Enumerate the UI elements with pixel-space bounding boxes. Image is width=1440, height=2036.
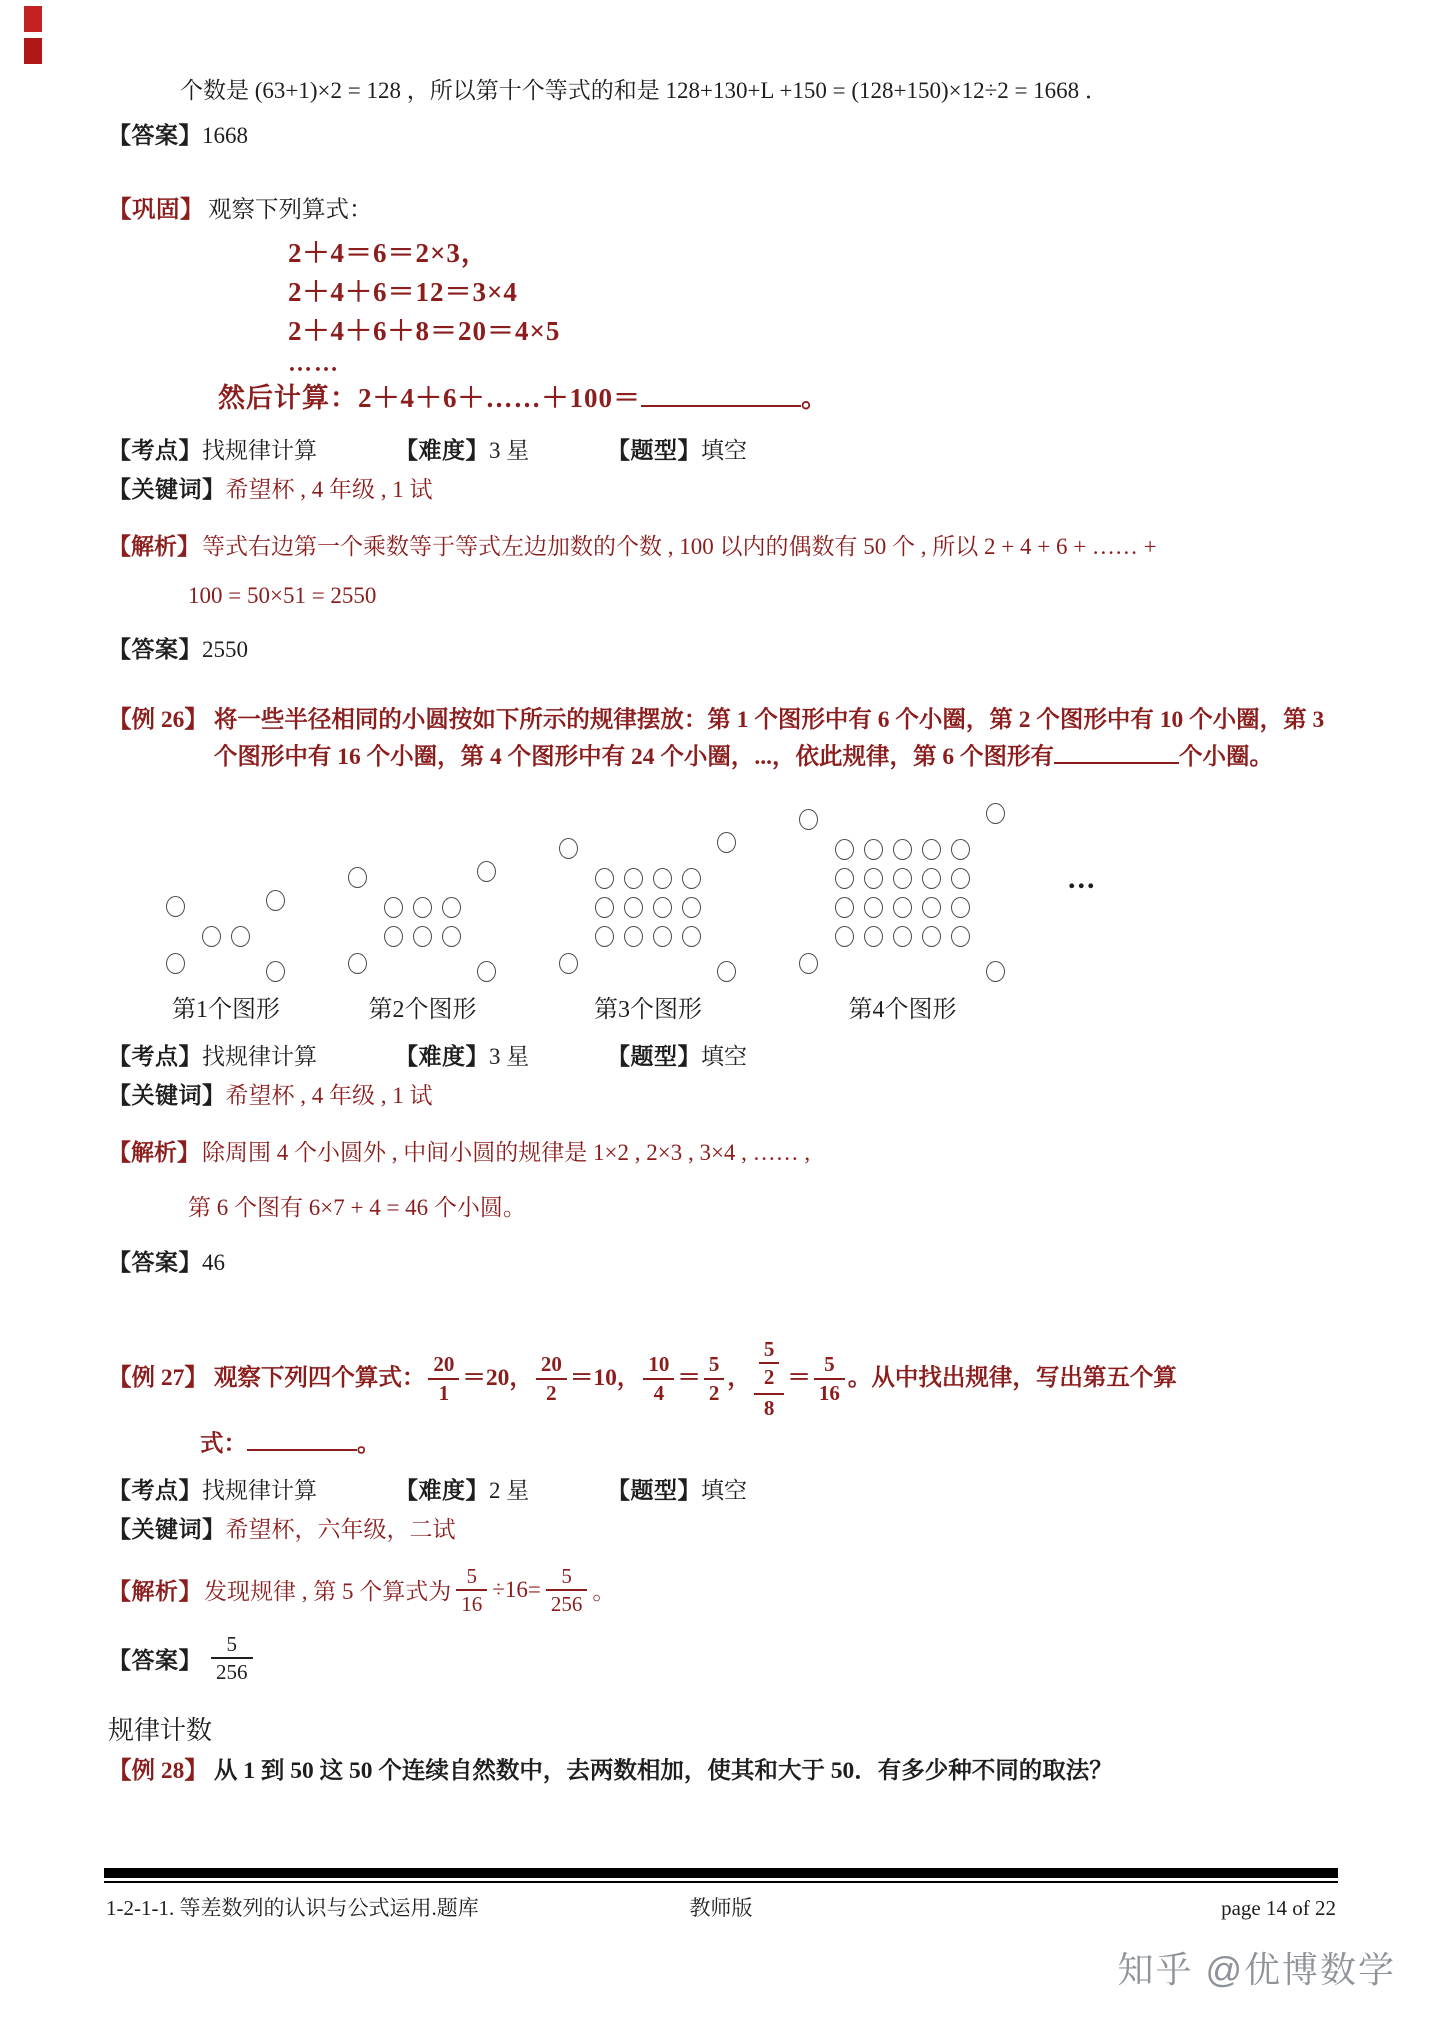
analysis-row: 【解析】 等式右边第一个乘数等于等式左边加数的个数 , 100 以内的偶数有 5… — [108, 528, 1340, 561]
small-circle — [864, 839, 883, 860]
answer-label: 【答案】 — [108, 123, 202, 148]
analysis-text: 发现规律 , 第 5 个算式为 — [204, 1573, 451, 1606]
fraction-numerator: 5 — [814, 1352, 845, 1379]
nandu-value: 3 星 — [489, 1044, 529, 1069]
small-circle — [624, 897, 643, 918]
small-circle — [799, 809, 818, 830]
small-circle — [893, 926, 912, 947]
small-circle — [595, 897, 614, 918]
period: 。 — [592, 1573, 615, 1606]
small-circle — [348, 867, 367, 888]
small-circle — [835, 897, 854, 918]
analysis-text: 等式右边第一个乘数等于等式左边加数的个数 , 100 以内的偶数有 50 个 ,… — [202, 528, 1157, 561]
tixing-label: 【题型】 — [607, 1478, 701, 1503]
example-27-text: 观察下列四个算式：201＝20，202＝10，104＝52，528＝516。从中… — [214, 1337, 1340, 1419]
tixing-label: 【题型】 — [607, 438, 701, 463]
meta-tixing: 【题型】填空 — [607, 1038, 747, 1071]
small-circle — [442, 897, 461, 918]
meta-tixing: 【题型】填空 — [607, 432, 747, 465]
fraction-5-16: 516 — [456, 1564, 487, 1616]
nandu-value: 2 星 — [489, 1478, 529, 1503]
fraction-denominator: 2 — [536, 1380, 567, 1405]
small-circle — [653, 897, 672, 918]
small-circle — [986, 961, 1005, 982]
small-circle — [922, 897, 941, 918]
analysis-label: 【解析】 — [108, 528, 200, 561]
nandu-label: 【难度】 — [395, 1044, 489, 1069]
small-circle — [231, 926, 250, 947]
small-circle — [348, 953, 367, 974]
meta-kaodian: 【考点】找规律计算 — [108, 1038, 395, 1071]
keywords-row: 【关键词】希望杯，六年级，二试 — [108, 1511, 1340, 1544]
kaodian-value: 找规律计算 — [202, 1478, 317, 1503]
fraction-denominator: 256 — [546, 1591, 588, 1616]
complex-fraction: 528 — [754, 1337, 785, 1419]
small-circle — [559, 838, 578, 859]
keywords-row: 【关键词】希望杯 , 4 年级 , 1 试 — [108, 1077, 1340, 1110]
fraction-numerator: 5 — [759, 1337, 780, 1364]
small-circle — [922, 839, 941, 860]
circle-figure-3: 第3个图形 — [559, 832, 737, 1024]
line2-prefix: 式： — [200, 1431, 247, 1457]
example-27-line2: 式：。 — [200, 1424, 1340, 1458]
fraction-5-2-inner: 52 — [759, 1337, 780, 1389]
small-circle — [893, 839, 912, 860]
equation-line: 2＋4＋6＝12＝3×4 — [288, 273, 1340, 312]
example-26-text-start: 将一些半径相同的小圆按如下所示的规律摆放：第 1 个图形中有 6 个小圈，第 2… — [214, 707, 1324, 769]
answer-row-2550: 【答案】2550 — [108, 631, 1340, 664]
answer-blank — [1054, 762, 1179, 764]
circle-figure-canvas — [166, 890, 286, 981]
small-circle — [799, 953, 818, 974]
example-27: 【例 27】 观察下列四个算式：201＝20，202＝10，104＝52，528… — [108, 1311, 1340, 1419]
meta-tixing: 【题型】填空 — [607, 1472, 747, 1505]
small-circle — [835, 926, 854, 947]
watermark: 知乎 @优博数学 — [1117, 1942, 1396, 1993]
equals-sign: ＝ — [787, 1365, 811, 1391]
example-27-intro: 观察下列四个算式： — [214, 1365, 426, 1391]
small-circle — [951, 839, 970, 860]
meta-nandu: 【难度】3 星 — [395, 1038, 607, 1071]
fraction-numerator: 20 — [428, 1352, 459, 1379]
section-heading: 规律计数 — [108, 1710, 1340, 1747]
meta-row: 【考点】找规律计算 【难度】2 星 【题型】填空 — [108, 1472, 1340, 1505]
answer-row-46: 【答案】46 — [108, 1244, 1340, 1277]
equals-result: ＝10， — [570, 1365, 641, 1391]
keywords-label: 【关键词】 — [108, 477, 226, 502]
example-27-label: 【例 27】 — [108, 1360, 208, 1396]
keywords-label: 【关键词】 — [108, 1517, 226, 1542]
analysis-text: 除周围 4 个小圆外 , 中间小圆的规律是 1×2 , 2×3 , 3×4 , … — [202, 1134, 810, 1167]
analysis-label: 【解析】 — [108, 1134, 200, 1167]
small-circle — [266, 890, 285, 911]
example-28: 【例 28】 从 1 到 50 这 50 个连续自然数中，去两数相加，使其和大于… — [108, 1753, 1340, 1789]
fraction-denominator: 16 — [456, 1591, 487, 1616]
small-circle — [442, 926, 461, 947]
calc-suffix: 。 — [801, 383, 829, 413]
meta-row: 【考点】找规律计算 【难度】3 星 【题型】填空 — [108, 432, 1340, 465]
divide-equals: ÷16= — [492, 1577, 541, 1603]
example-26-text-end: 个小圈。 — [1179, 744, 1273, 770]
circle-figure-canvas — [348, 861, 497, 981]
small-circle — [595, 868, 614, 889]
equation-line: 2＋4＋6＋8＝20＝4×5 — [288, 312, 1340, 351]
figure-label: 第4个图形 — [849, 989, 957, 1024]
circle-figures-row: 第1个图形 第2个图形 第3个图形 第4个图形 ... — [166, 803, 1340, 1024]
meta-row: 【考点】找规律计算 【难度】3 星 【题型】填空 — [108, 1038, 1340, 1071]
analysis-continuation: 100 = 50×51 = 2550 — [188, 583, 1340, 609]
keywords-value: 希望杯 , 4 年级 , 1 试 — [226, 477, 433, 502]
equals-sign: ＝ — [677, 1365, 701, 1391]
footer-edition: 教师版 — [516, 1892, 926, 1922]
kaodian-value: 找规律计算 — [202, 438, 317, 463]
small-circle — [595, 926, 614, 947]
fraction-5-16: 516 — [814, 1352, 845, 1404]
small-circle — [922, 926, 941, 947]
small-circle — [893, 897, 912, 918]
fraction-denominator: 2 — [704, 1380, 725, 1405]
example-26: 【例 26】 将一些半径相同的小圆按如下所示的规律摆放：第 1 个图形中有 6 … — [108, 702, 1340, 775]
fraction-5-256: 5256 — [546, 1564, 588, 1616]
nandu-label: 【难度】 — [395, 1478, 489, 1503]
footer-rule — [104, 1868, 1338, 1883]
small-circle — [835, 868, 854, 889]
small-circle — [893, 868, 912, 889]
fraction-20-1: 201 — [428, 1352, 459, 1404]
figure-label: 第2个图形 — [369, 989, 477, 1024]
fraction-numerator: 5 — [704, 1352, 725, 1379]
calc-line: 然后计算：2＋4＋6＋……＋100＝。 — [218, 379, 1340, 418]
circle-figure-1: 第1个图形 — [166, 890, 286, 1024]
answer-label: 【答案】 — [108, 1642, 202, 1675]
tixing-value: 填空 — [701, 1044, 747, 1069]
small-circle — [682, 897, 701, 918]
fraction-numerator: 5 — [211, 1632, 253, 1659]
tixing-value: 填空 — [701, 438, 747, 463]
small-circle — [864, 897, 883, 918]
solution-continuation-line: 个数是 (63+1)×2 = 128 ，所以第十个等式的和是 128+130+L… — [108, 74, 1340, 109]
meta-kaodian: 【考点】找规律计算 — [108, 432, 395, 465]
circle-figure-2: 第2个图形 — [348, 861, 497, 1024]
footer-document-title: 1-2-1-1. 等差数列的认识与公式运用.题库 — [106, 1892, 516, 1922]
kaodian-value: 找规律计算 — [202, 1044, 317, 1069]
small-circle — [864, 926, 883, 947]
analysis-continuation: 第 6 个图有 6×7 + 4 = 46 个小圆。 — [188, 1189, 1340, 1222]
analysis-label: 【解析】 — [108, 1573, 202, 1606]
calc-prefix: 然后计算：2＋4＋6＋……＋100＝ — [218, 383, 641, 413]
tixing-value: 填空 — [701, 1478, 747, 1503]
meta-nandu: 【难度】2 星 — [395, 1472, 607, 1505]
answer-blank — [247, 1449, 357, 1451]
answer-value: 1668 — [202, 123, 248, 148]
fraction-numerator: 5 — [456, 1564, 487, 1591]
answer-blank — [641, 405, 801, 407]
meta-nandu: 【难度】3 星 — [395, 432, 607, 465]
equation-list: 2＋4＝6＝2×3， 2＋4＋6＝12＝3×4 2＋4＋6＋8＝20＝4×5 …… — [288, 234, 1340, 378]
small-circle — [624, 926, 643, 947]
small-circle — [202, 926, 221, 947]
nandu-label: 【难度】 — [395, 438, 489, 463]
small-circle — [166, 896, 185, 917]
keywords-row: 【关键词】希望杯 , 4 年级 , 1 试 — [108, 471, 1340, 504]
keywords-value: 希望杯，六年级，二试 — [226, 1517, 456, 1542]
gonggu-header: 【巩固】 观察下列算式： — [108, 190, 1340, 224]
gonggu-label: 【巩固】 — [108, 190, 204, 224]
ellipsis-line: …… — [288, 351, 1340, 377]
small-circle — [166, 953, 185, 974]
small-circle — [922, 868, 941, 889]
figures-ellipsis: ... — [1068, 862, 1097, 896]
document-content: 个数是 (63+1)×2 = 128 ，所以第十个等式的和是 128+130+L… — [0, 0, 1440, 1790]
answer-label: 【答案】 — [108, 1250, 202, 1275]
example-27-tail: 。从中找出规律，写出第五个算 — [848, 1365, 1177, 1391]
small-circle — [384, 897, 403, 918]
fraction-denominator: 16 — [814, 1380, 845, 1405]
answer-row-1668: 【答案】1668 — [108, 117, 1340, 150]
small-circle — [477, 961, 496, 982]
small-circle — [653, 926, 672, 947]
nandu-value: 3 星 — [489, 438, 529, 463]
meta-kaodian: 【考点】找规律计算 — [108, 1472, 395, 1505]
footer: 1-2-1-1. 等差数列的认识与公式运用.题库 教师版 page 14 of … — [106, 1892, 1336, 1922]
circle-figure-canvas — [799, 803, 1006, 981]
red-corner-mark — [24, 6, 42, 32]
comma: ， — [727, 1365, 751, 1391]
equation-line: 2＋4＝6＝2×3， — [288, 234, 1340, 273]
answer-value: 2550 — [202, 637, 248, 662]
small-circle — [835, 839, 854, 860]
analysis-row: 【解析】 发现规律 , 第 5 个算式为 516 ÷16= 5256 。 — [108, 1564, 1340, 1616]
small-circle — [653, 868, 672, 889]
small-circle — [951, 897, 970, 918]
fraction-5-256: 5256 — [211, 1632, 253, 1684]
answer-row-fraction: 【答案】 5256 — [108, 1632, 1340, 1684]
small-circle — [682, 926, 701, 947]
small-circle — [986, 803, 1005, 824]
small-circle — [951, 926, 970, 947]
kaodian-label: 【考点】 — [108, 1044, 202, 1069]
small-circle — [384, 926, 403, 947]
tixing-label: 【题型】 — [607, 1044, 701, 1069]
example-26-text: 将一些半径相同的小圆按如下所示的规律摆放：第 1 个图形中有 6 个小圈，第 2… — [214, 702, 1340, 775]
small-circle — [413, 897, 432, 918]
circle-figure-4: 第4个图形 — [799, 803, 1006, 1024]
figure-label: 第1个图形 — [172, 989, 280, 1024]
fraction-denominator: 2 — [759, 1364, 780, 1389]
figure-label: 第3个图形 — [594, 989, 702, 1024]
keywords-value: 希望杯 , 4 年级 , 1 试 — [226, 1083, 433, 1108]
small-circle — [624, 868, 643, 889]
small-circle — [864, 868, 883, 889]
example-28-text: 从 1 到 50 这 50 个连续自然数中，去两数相加，使其和大于 50．有多少… — [214, 1753, 1340, 1789]
complex-fraction-denominator: 8 — [754, 1395, 785, 1420]
footer-page-number: page 14 of 22 — [926, 1896, 1336, 1921]
gonggu-intro: 观察下列算式： — [208, 190, 373, 224]
kaodian-label: 【考点】 — [108, 1478, 202, 1503]
fraction-20-2: 202 — [536, 1352, 567, 1404]
red-corner-mark — [24, 38, 42, 64]
small-circle — [559, 953, 578, 974]
equals-result: ＝20， — [462, 1365, 533, 1391]
kaodian-label: 【考点】 — [108, 438, 202, 463]
answer-value: 46 — [202, 1250, 225, 1275]
complex-fraction-numerator: 52 — [754, 1337, 785, 1394]
example-28-label: 【例 28】 — [108, 1753, 208, 1789]
small-circle — [717, 961, 736, 982]
fraction-10-4: 104 — [643, 1352, 674, 1404]
example-26-label: 【例 26】 — [108, 702, 208, 775]
fraction-numerator: 5 — [546, 1564, 588, 1591]
fraction-denominator: 256 — [211, 1659, 253, 1684]
document-page: 个数是 (63+1)×2 = 128 ，所以第十个等式的和是 128+130+L… — [0, 0, 1440, 2036]
analysis-row: 【解析】 除周围 4 个小圆外 , 中间小圆的规律是 1×2 , 2×3 , 3… — [108, 1134, 1340, 1167]
small-circle — [477, 861, 496, 882]
small-circle — [682, 868, 701, 889]
answer-label: 【答案】 — [108, 637, 202, 662]
fraction-denominator: 4 — [643, 1380, 674, 1405]
small-circle — [717, 832, 736, 853]
fraction-denominator: 1 — [428, 1380, 459, 1405]
fraction-5-2: 52 — [704, 1352, 725, 1404]
small-circle — [266, 961, 285, 982]
fraction-numerator: 10 — [643, 1352, 674, 1379]
fraction-numerator: 20 — [536, 1352, 567, 1379]
small-circle — [951, 868, 970, 889]
circle-figure-canvas — [559, 832, 737, 981]
line2-suffix: 。 — [357, 1431, 381, 1457]
keywords-label: 【关键词】 — [108, 1083, 226, 1108]
small-circle — [413, 926, 432, 947]
